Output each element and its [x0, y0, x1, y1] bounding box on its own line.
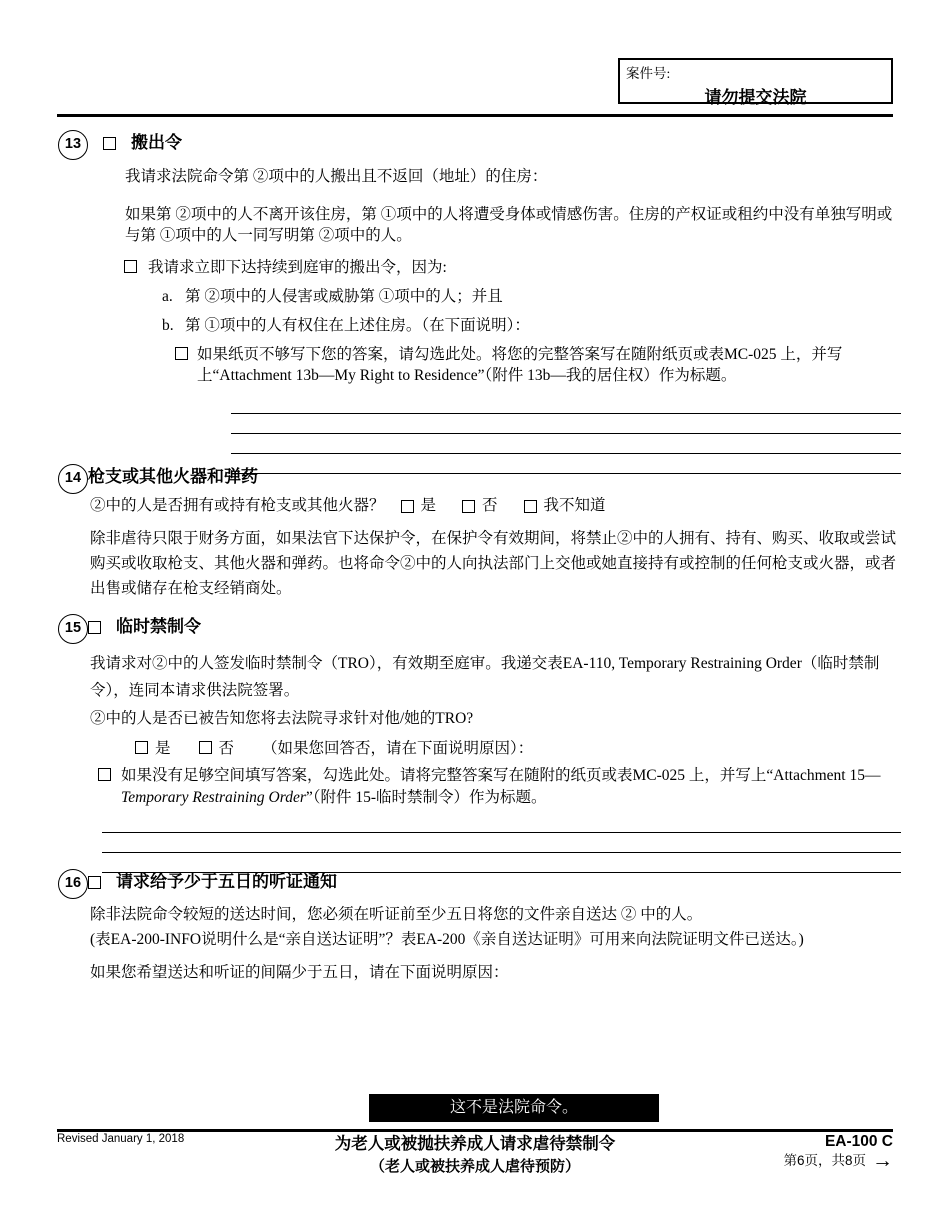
section-13-title: 搬出令	[131, 130, 182, 156]
attachment-15-note: 如果没有足够空间填写答案，勾选此处。请将完整答案写在随附的纸页或表MC-025 …	[121, 765, 901, 809]
section-14-firearms: 14 枪支或其他火器和弹药 ②中的人是否拥有或持有枪支或其他火器？ 是 否 我不…	[57, 464, 905, 601]
not-court-order-banner: 这不是法院命令。	[369, 1094, 659, 1122]
page-indicator: 第6页，共8页 →	[783, 1151, 893, 1171]
form-number: EA-100 C	[683, 1133, 893, 1151]
item-13b-text: 第 ①项中的人有权住在上述住房。（在下面说明）：	[185, 315, 530, 336]
firearms-unknown-checkbox[interactable]	[524, 500, 537, 513]
next-page-arrow-icon: →	[872, 1152, 893, 1170]
tro-yes-label: 是	[155, 736, 171, 758]
item-15-number: 15	[58, 614, 88, 644]
firearms-yes-checkbox[interactable]	[401, 500, 414, 513]
firearms-no-checkbox[interactable]	[462, 500, 475, 513]
immediate-move-out-label: 我请求立即下达持续到庭审的搬出令，因为:	[148, 257, 447, 278]
attachment-15-note-italic: Temporary Restraining Order	[121, 789, 306, 806]
answer-lines-13b	[231, 396, 901, 474]
firearms-yes-label: 是	[421, 495, 437, 517]
section-14-paragraph: 除非虐待只限于财务方面，如果法官下达保护令，在保护令有效期间，将禁止②中的人拥有…	[90, 526, 901, 601]
attachment-15-note-prefix: 如果没有足够空间填写答案，勾选此处。请将完整答案写在随附的纸页或表MC-025 …	[121, 767, 880, 784]
tro-explain-note: （如果您回答否，请在下面说明原因）：	[262, 736, 533, 758]
section-15-title: 临时禁制令	[116, 614, 201, 640]
footer: Revised January 1, 2018 为老人或被抛扶养成人请求虐待禁制…	[57, 1133, 893, 1177]
case-number-box: 案件号: 请勿提交法院	[618, 58, 893, 104]
tro-yes-checkbox[interactable]	[135, 741, 148, 754]
attachment-15-checkbox[interactable]	[98, 768, 111, 781]
attachment-15-note-suffix: ”（附件 15-临时禁制令）作为标题。	[306, 789, 547, 806]
form-title-block: 为老人或被抛扶养成人请求虐待禁制令 （老人或被扶养成人虐待预防）	[267, 1133, 683, 1177]
section-16-line2: (表EA-200-INFO说明什么是“亲自送达证明”？表EA-200《亲自送达证…	[90, 929, 901, 951]
item-14-number: 14	[58, 464, 88, 494]
section-13-intro: 我请求法院命令第 ②项中的人搬出且不返回（地址）的住房：	[125, 166, 901, 187]
section-16-short-notice-request: 16 请求给予少于五日的听证通知 除非法院命令较短的送达时间，您必须在听证前至少…	[57, 869, 905, 984]
answer-line[interactable]	[231, 414, 901, 434]
firearms-question: ②中的人是否拥有或持有枪支或其他火器？	[90, 495, 385, 517]
section-13-paragraph: 如果第 ②项中的人不离开该住房，第 ①项中的人将遭受身体或情感伤害。住房的产权证…	[125, 204, 901, 246]
section-16-line3: 如果您希望送达和听证的间隔少于五日，请在下面说明原因：	[90, 962, 901, 984]
answer-lines-15	[102, 817, 901, 873]
immediate-move-out-checkbox[interactable]	[124, 260, 137, 273]
item-16-number: 16	[58, 869, 88, 899]
form-page: 案件号: 请勿提交法院 13 搬出令 我请求法院命令第 ②项中的人搬出且不返回（…	[0, 0, 950, 1230]
item-13-number: 13	[58, 130, 88, 160]
tro-notice-options: 是 否 （如果您回答否，请在下面说明原因）：	[135, 736, 901, 758]
form-title-line2: （老人或被扶养成人虐待预防）	[267, 1156, 683, 1177]
section-16-checkbox[interactable]	[88, 876, 101, 889]
attachment-13b-checkbox[interactable]	[175, 347, 188, 360]
answer-line[interactable]	[102, 817, 901, 833]
firearms-question-row: ②中的人是否拥有或持有枪支或其他火器？ 是 否 我不知道	[90, 495, 901, 517]
footer-rule	[57, 1129, 893, 1132]
section-13-move-out-order: 13 搬出令 我请求法院命令第 ②项中的人搬出且不返回（地址）的住房： 如果第 …	[57, 130, 905, 474]
answer-line[interactable]	[231, 396, 901, 414]
attachment-13b-note: 如果纸页不够写下您的答案，请勾选此处。将您的完整答案写在随附纸页或表MC-025…	[197, 344, 901, 386]
section-13-checkbox[interactable]	[103, 137, 116, 150]
firearms-no-label: 否	[482, 495, 498, 517]
form-title-line1: 为老人或被抛扶养成人请求虐待禁制令	[267, 1133, 683, 1156]
tro-no-checkbox[interactable]	[199, 741, 212, 754]
case-number-label: 案件号:	[626, 62, 885, 82]
section-16-line1: 除非法院命令较短的送达时间，您必须在听证前至少五日将您的文件亲自送达 ② 中的人…	[90, 904, 901, 926]
firearms-unknown-label: 我不知道	[544, 495, 606, 517]
section-15-checkbox[interactable]	[88, 621, 101, 634]
section-15-temporary-restraining-order: 15 临时禁制令 我请求对②中的人签发临时禁制令（TRO），有效期至庭审。我递交…	[57, 614, 905, 873]
revision-date: Revised January 1, 2018	[57, 1133, 267, 1177]
page-indicator-text: 第6页，共8页	[783, 1151, 866, 1171]
item-13a-label: a.	[162, 286, 185, 307]
tro-no-label: 否	[219, 736, 235, 758]
answer-line[interactable]	[102, 833, 901, 853]
section-15-paragraph: 我请求对②中的人签发临时禁制令（TRO），有效期至庭审。我递交表EA-110, …	[90, 650, 901, 704]
section-16-title: 请求给予少于五日的听证通知	[116, 869, 337, 895]
item-13b-label: b.	[162, 315, 185, 336]
answer-line[interactable]	[231, 434, 901, 454]
form-number-block: EA-100 C 第6页，共8页 →	[683, 1133, 893, 1177]
header-rule	[57, 114, 893, 117]
do-not-file-notice: 请勿提交法院	[626, 83, 885, 108]
tro-notice-question: ②中的人是否已被告知您将去法院寻求针对他/她的TRO?	[90, 708, 901, 730]
section-14-title: 枪支或其他火器和弹药	[88, 464, 258, 490]
item-13a-text: 第 ②项中的人侵害或威胁第 ①项中的人；并且	[185, 286, 503, 307]
